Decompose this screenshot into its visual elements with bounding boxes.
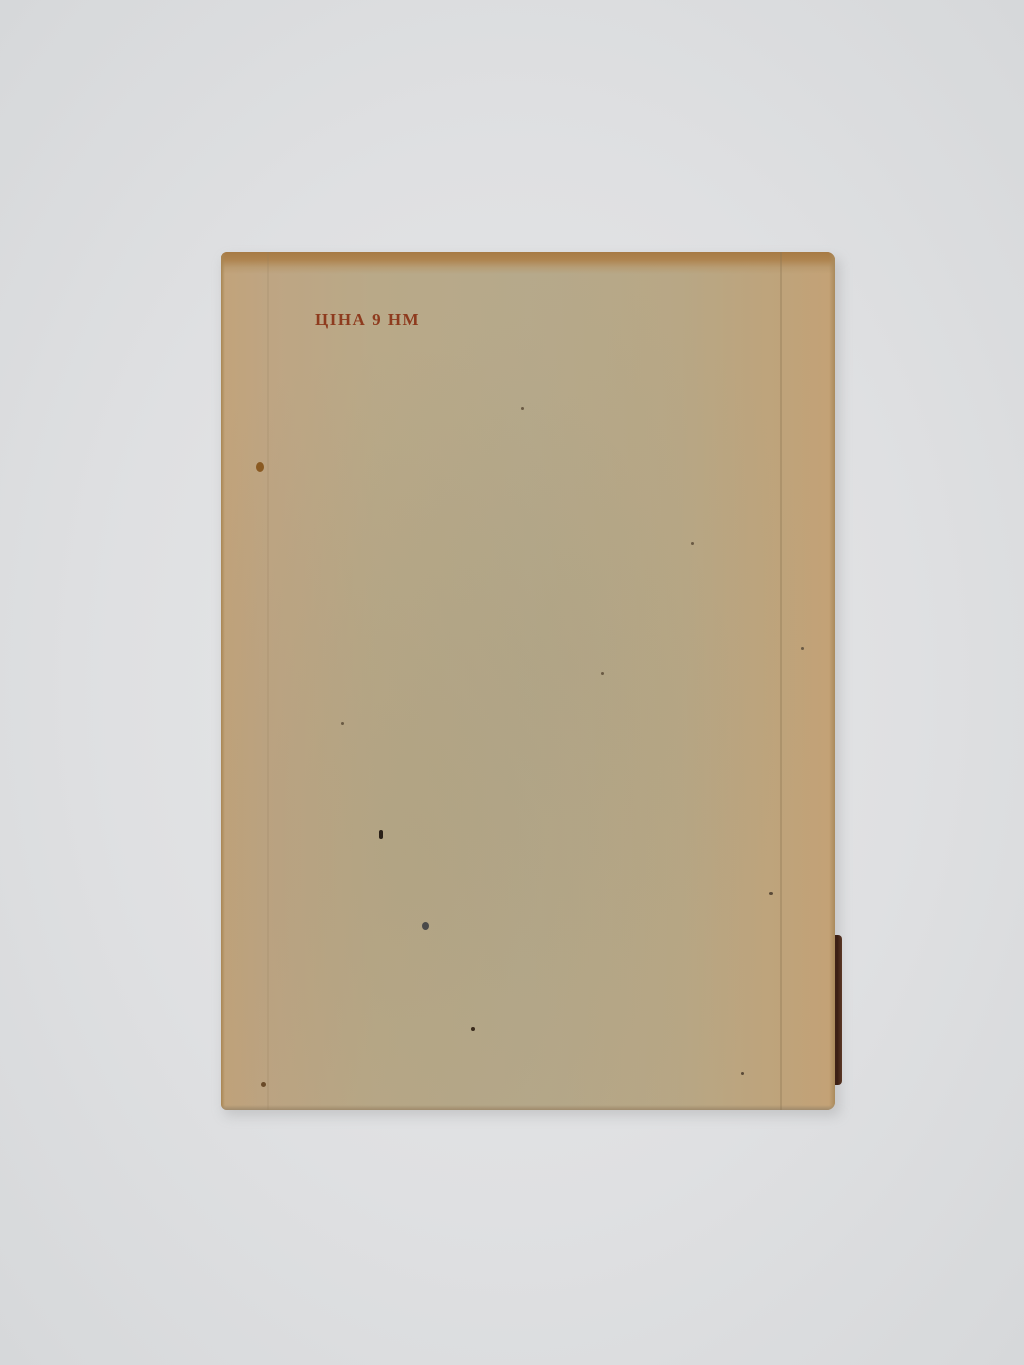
ink-speck [801, 647, 804, 650]
photo-scene: ЦІНА 9 НМ [0, 0, 1024, 1365]
top-edge-foxing [221, 252, 835, 274]
ink-speck [341, 722, 344, 725]
ink-speck [521, 407, 524, 410]
price-label: ЦІНА 9 НМ [315, 310, 420, 330]
ink-speck [471, 1027, 475, 1031]
ink-speck [601, 672, 604, 675]
ink-speck [261, 1082, 266, 1087]
book-back-cover: ЦІНА 9 НМ [221, 252, 835, 1110]
right-edge-shading [829, 252, 835, 1110]
ink-speck [691, 542, 694, 545]
ink-speck [379, 830, 383, 839]
stain-spot [256, 462, 264, 472]
bottom-edge-shading [221, 1105, 835, 1110]
left-crease-line [267, 252, 269, 1110]
ink-speck [769, 892, 773, 895]
ink-speck [741, 1072, 744, 1075]
spine-crease-line [780, 252, 782, 1110]
ink-speck [422, 922, 429, 930]
left-edge-shading [221, 252, 225, 1110]
